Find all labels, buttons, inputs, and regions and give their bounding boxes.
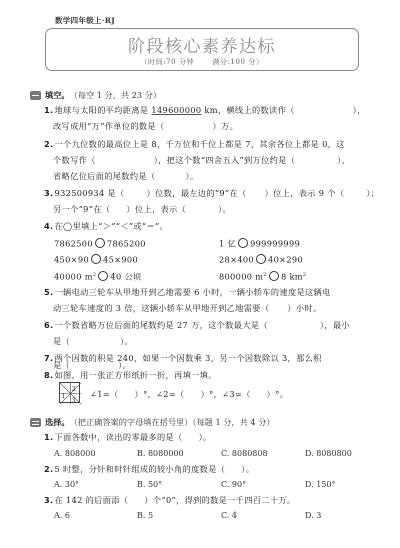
q3-line2: 另一个“9”在（）位上，表示（）。	[53, 204, 231, 215]
section-choice-header: 选择。 （把正确答案的字母填在括号里）（每题 1 分，共 4 分）	[30, 417, 275, 428]
compare-circle[interactable]	[238, 238, 248, 248]
question-text: ）个“0”，得到的数是一千四百二十万。	[144, 495, 295, 505]
q4-line1: 4.在◯里填上“＞”“＜”或“＝”。	[44, 221, 168, 232]
question-number: 2.	[44, 139, 54, 149]
q6-text: ）。	[120, 336, 133, 346]
superscript: 2	[263, 272, 267, 278]
q6-text: 是（	[53, 336, 70, 346]
angle-text: ）°，	[135, 389, 157, 399]
q8-text: 如图，用一张正方形纸折一折，再填一填。	[55, 370, 217, 380]
question-number: 5.	[44, 287, 54, 297]
section-note: （每空 1 分，共 23 分）	[70, 90, 162, 101]
compare-left: 800000 m	[219, 272, 263, 282]
section-two-icon	[30, 418, 41, 427]
question-number: 4.	[44, 221, 54, 231]
q5-text: 一辆电动三轮车从甲地开到乙地需要 6 小时，一辆小轿车的速度是这辆电	[55, 287, 331, 297]
option-c[interactable]: C. 8080808	[221, 449, 268, 458]
question-number: 1.	[44, 105, 54, 115]
compare-right: 40×290	[268, 255, 303, 265]
q6-line2: 是（）。	[53, 336, 133, 347]
question-number: 1.	[44, 432, 54, 442]
option-a[interactable]: A. 808000	[54, 449, 95, 458]
question-number: 2.	[44, 464, 54, 474]
section-one-icon	[30, 91, 41, 100]
compare-right: 8 km	[281, 272, 303, 282]
q3-text: 另一个“9”在（	[53, 204, 110, 214]
q2-line3: 省略亿位后面的尾数约是（）。	[53, 171, 198, 182]
q5-line2: 动三轮车速度的 3 倍，这辆小轿车从甲地开到乙地需要（）小时。	[53, 303, 322, 314]
question-number: 6.	[44, 320, 54, 330]
option-b[interactable]: B. 50°	[137, 480, 162, 489]
q7-text: 是（	[53, 360, 70, 370]
option-a[interactable]: A. 6	[54, 511, 70, 520]
option-c[interactable]: C. 90°	[221, 480, 246, 489]
q5-line1: 5.一辆电动三轮车从甲地开到乙地需要 6 小时，一辆小轿车的速度是这辆电	[44, 287, 331, 298]
superscript: 2	[93, 272, 97, 278]
q8-angles: ∠1=（）°，∠2=（）°，∠3=（）°。	[90, 389, 288, 400]
question-number: 8.	[44, 370, 54, 380]
svg-text:1: 1	[62, 393, 66, 400]
compare-right: 45×900	[103, 255, 138, 265]
svg-text:2: 2	[72, 386, 76, 393]
q3-text: ）位上，表示 9 个（	[265, 188, 345, 198]
option-d[interactable]: D. 3	[305, 511, 321, 520]
compare-item: 1 亿999999999	[219, 238, 300, 250]
folded-square-figure: 2 1 3	[59, 382, 80, 403]
compare-item: 40000 m240 公顷	[54, 270, 142, 283]
q1-text: 地球与太阳的平均距离是	[55, 105, 152, 115]
compare-item: 450×9045×900	[54, 254, 138, 266]
q3-text: ）位数，最左边的“9”在（	[147, 188, 247, 198]
choice-q2: 2.5 时整，分针和时针组成的较小角的度数是（）。	[44, 464, 254, 475]
compare-right: 7865200	[107, 239, 146, 249]
q2-line2: 个数写作（），把这个数“四舍五入”到万位约是（），	[53, 155, 350, 166]
time-limit: （时间:70 分钟	[140, 58, 194, 66]
compare-circle[interactable]	[256, 254, 266, 264]
worksheet-page: 数学四年级上·RJ 阶段核心素养达标 （时间:70 分钟满分:100 分） 填空…	[0, 0, 400, 548]
compare-right: 40 公顷	[110, 272, 141, 282]
option-c[interactable]: C. 4	[221, 511, 237, 520]
section-title: 填空。	[45, 90, 70, 101]
q5-text: ）小时。	[287, 303, 321, 313]
q6-line1: 6.一个数省略万位后面的尾数约是 27 万，这个数最大是（），最小	[44, 320, 350, 331]
exam-info: （时间:70 分钟满分:100 分）	[46, 57, 358, 67]
q2-text: ），	[337, 155, 350, 165]
q2-text: 个数写作（	[53, 155, 96, 165]
superscript: 2	[303, 272, 307, 278]
compare-left: 28×400	[219, 255, 254, 265]
option-b[interactable]: B. 8080000	[137, 449, 184, 458]
compare-item: 800000 m28 km2	[219, 270, 306, 283]
question-text: 5 时整，分针和时针组成的较小角的度数是（	[55, 464, 226, 474]
q3-text: ）位上，表示（	[126, 204, 186, 214]
option-b[interactable]: B. 5	[137, 511, 153, 520]
compare-circle[interactable]	[98, 271, 108, 281]
q4-text: 在◯里填上“＞”“＜”或“＝”。	[55, 221, 169, 231]
compare-left: 1 亿	[219, 239, 236, 249]
q1-text: km，横线上的数读作（	[201, 105, 294, 115]
section-fill-in-header: 填空。 （每空 1 分，共 23 分）	[30, 90, 161, 101]
angle-1-label: ∠1=（	[90, 389, 119, 399]
compare-left: 40000 m	[54, 272, 93, 282]
q5-text: 动三轮车速度的 3 倍，这辆小轿车从甲地开到乙地需要（	[53, 303, 269, 313]
compare-circle[interactable]	[91, 254, 101, 264]
title-box: 阶段核心素养达标 （时间:70 分钟满分:100 分）	[45, 28, 359, 71]
compare-circle[interactable]	[95, 238, 105, 248]
angle-text: ）°。	[267, 389, 289, 399]
q3-line1: 3.932500934 是（）位数，最左边的“9”在（）位上，表示 9 个（）；	[44, 188, 379, 199]
compare-right: 999999999	[250, 239, 300, 249]
q7-text: ）。	[118, 360, 131, 370]
option-d[interactable]: D. 150°	[305, 480, 335, 489]
q2-text: 省略亿位后面的尾数约是（	[53, 171, 155, 181]
q3-text: ）。	[218, 204, 231, 214]
option-d[interactable]: D. 8080800	[305, 449, 352, 458]
angle-2-label: ∠2=（	[156, 389, 185, 399]
q8-text-line: 8.如图，用一张正方形纸折一折，再填一填。	[44, 370, 217, 381]
q1-text: ），	[353, 105, 366, 115]
section-title: 选择。	[45, 417, 70, 428]
q2-text: 一个九位数的最高位上是 8，千万位和千位上都是 7，其余各位上都是 0，这	[55, 139, 345, 149]
page-title: 阶段核心素养达标	[46, 32, 358, 57]
q3-text: 932500934 是（	[55, 188, 125, 198]
q1-text: 改写成用“万”作单位的数是（	[53, 121, 165, 131]
fold-lines-icon: 2 1 3	[60, 383, 81, 404]
q3-text: ）；	[366, 188, 379, 198]
angle-text: ）°，	[201, 389, 223, 399]
q1-text: ）万。	[213, 121, 239, 131]
angle-3-label: ∠3=（	[222, 389, 251, 399]
question-text: 在 142 的后面添（	[55, 495, 129, 505]
svg-text:3: 3	[72, 398, 76, 405]
q2-text: ），把这个数“四舍五入”到万位约是（	[154, 155, 296, 165]
question-number: 3.	[44, 495, 54, 505]
compare-item: 78625007865200	[54, 238, 146, 250]
compare-circle[interactable]	[269, 271, 279, 281]
question-number: 3.	[44, 188, 54, 198]
question-text: 下面各数中，读出的零最多的是（	[55, 432, 183, 442]
compare-left: 450×90	[54, 255, 89, 265]
q1-line1: 1.地球与太阳的平均距离是 149600000 km，横线上的数读作（），	[44, 105, 366, 116]
full-score: 满分:100 分）	[212, 58, 263, 66]
choice-q3: 3.在 142 的后面添（）个“0”，得到的数是一千四百二十万。	[44, 495, 296, 506]
option-a[interactable]: A. 30°	[54, 480, 79, 489]
q2-line1: 2.一个九位数的最高位上是 8，千万位和千位上都是 7，其余各位上都是 0，这	[44, 139, 345, 150]
subject-label: 数学四年级上·RJ	[55, 15, 115, 26]
q6-text: ），最小	[320, 320, 350, 330]
question-text: ）。	[199, 432, 212, 442]
question-text: ）。	[241, 464, 254, 474]
compare-item: 28×40040×290	[219, 254, 303, 266]
q1-line2: 改写成用“万”作单位的数是（）万。	[53, 121, 238, 132]
choice-q1: 1.下面各数中，读出的零最多的是（）。	[44, 432, 212, 443]
underlined-number: 149600000	[151, 105, 201, 115]
compare-left: 7862500	[54, 239, 93, 249]
q6-text: 一个数省略万位后面的尾数约是 27 万，这个数最大是（	[55, 320, 268, 330]
q2-text: ）。	[185, 171, 198, 181]
section-note: （把正确答案的字母填在括号里）（每题 1 分，共 4 分）	[70, 417, 275, 428]
